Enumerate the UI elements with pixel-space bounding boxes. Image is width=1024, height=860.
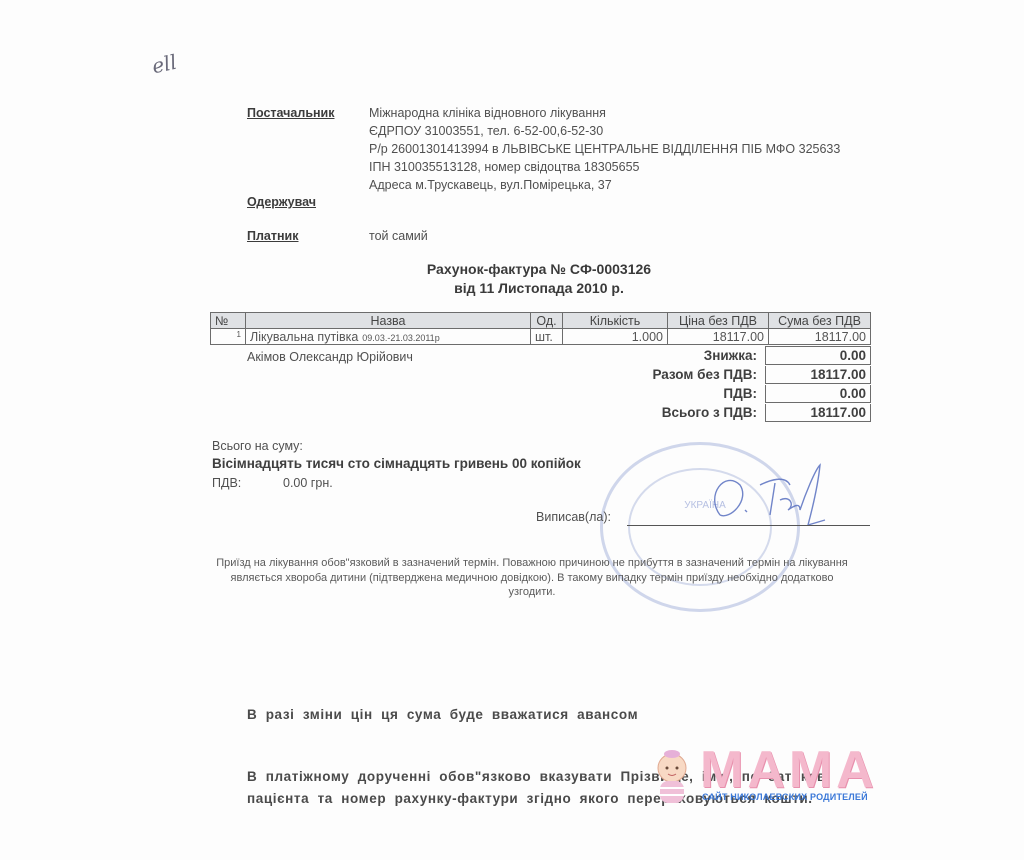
item-period: 09.03.-21.03.2011р bbox=[362, 333, 439, 343]
item-name: Лікувальна путівка bbox=[250, 330, 358, 344]
col-unit: Од. bbox=[531, 313, 563, 329]
supplier-edrpou: ЄДРПОУ 31003551, тел. 6-52-00,6-52-30 bbox=[369, 122, 840, 140]
advance-notice: В разі зміни цін ця сума буде вважатися … bbox=[247, 707, 638, 722]
total-discount: Знижка: 0.00 bbox=[560, 346, 871, 365]
handwritten-initials: ell bbox=[150, 50, 179, 79]
col-sum: Сума без ПДВ bbox=[769, 313, 871, 329]
total-vat: ПДВ: 0.00 bbox=[560, 384, 871, 403]
supplier-address: Адреса м.Трускавець, вул.Помірецька, 37 bbox=[369, 176, 840, 194]
col-name: Назва bbox=[246, 313, 531, 329]
supplier-bank-account: Р/р 26001301413994 в ЛЬВІВСЬКЕ ЦЕНТРАЛЬН… bbox=[369, 140, 840, 158]
summary-vat-value: 0.00 грн. bbox=[283, 474, 333, 492]
supplier-name: Міжнародна клініка відновного лікування bbox=[369, 104, 840, 122]
row-number: 1 bbox=[211, 329, 246, 345]
col-price: Ціна без ПДВ bbox=[668, 313, 769, 329]
baby-mascot-icon bbox=[650, 748, 694, 808]
totals-block: Знижка: 0.00 Разом без ПДВ: 18117.00 ПДВ… bbox=[560, 346, 871, 422]
invoice-title: Рахунок-фактура № СФ-0003126 bbox=[0, 260, 1024, 279]
issued-by-label: Виписав(ла): bbox=[536, 508, 611, 526]
summary-words: Вісімнадцять тисяч сто сімнадцять гривен… bbox=[212, 456, 581, 471]
patient-name: Акімов Олександр Юрійович bbox=[247, 348, 413, 366]
table-row: 1 Лікувальна путівка09.03.-21.03.2011р ш… bbox=[211, 329, 871, 345]
signature-icon bbox=[700, 455, 830, 535]
row-sum: 18117.00 bbox=[769, 329, 871, 345]
watermark-logo: МАМА bbox=[700, 740, 878, 800]
arrival-note: Приїзд на лікування обов"язковий в зазна… bbox=[212, 556, 852, 600]
supplier-label: Постачальник bbox=[247, 106, 335, 120]
row-unit: шт. bbox=[531, 329, 563, 345]
col-quantity: Кількість bbox=[563, 313, 668, 329]
row-name: Лікувальна путівка09.03.-21.03.2011р bbox=[246, 329, 531, 345]
supplier-details: Міжнародна клініка відновного лікування … bbox=[369, 104, 840, 194]
items-table: № Назва Од. Кількість Ціна без ПДВ Сума … bbox=[210, 312, 871, 345]
total-with-vat: Всього з ПДВ: 18117.00 bbox=[560, 403, 871, 422]
payer-value: той самий bbox=[369, 227, 428, 245]
row-price: 18117.00 bbox=[668, 329, 769, 345]
invoice-date: від 11 Листопада 2010 р. bbox=[0, 279, 1024, 298]
row-quantity: 1.000 bbox=[563, 329, 668, 345]
payer-label: Платник bbox=[247, 229, 299, 243]
summary-label: Всього на суму: bbox=[212, 437, 303, 455]
table-header-row: № Назва Од. Кількість Ціна без ПДВ Сума … bbox=[211, 313, 871, 329]
summary-vat-label: ПДВ: bbox=[212, 474, 241, 492]
total-without-vat: Разом без ПДВ: 18117.00 bbox=[560, 365, 871, 384]
recipient-label: Одержувач bbox=[247, 195, 316, 209]
watermark-subtitle: САЙТ НИКОЛАЕВСКИХ РОДИТЕЛЕЙ bbox=[702, 792, 868, 802]
col-number: № bbox=[211, 313, 246, 329]
signature-line bbox=[627, 525, 870, 526]
supplier-tax-id: ІПН 310035513128, номер свідоцтва 183056… bbox=[369, 158, 840, 176]
